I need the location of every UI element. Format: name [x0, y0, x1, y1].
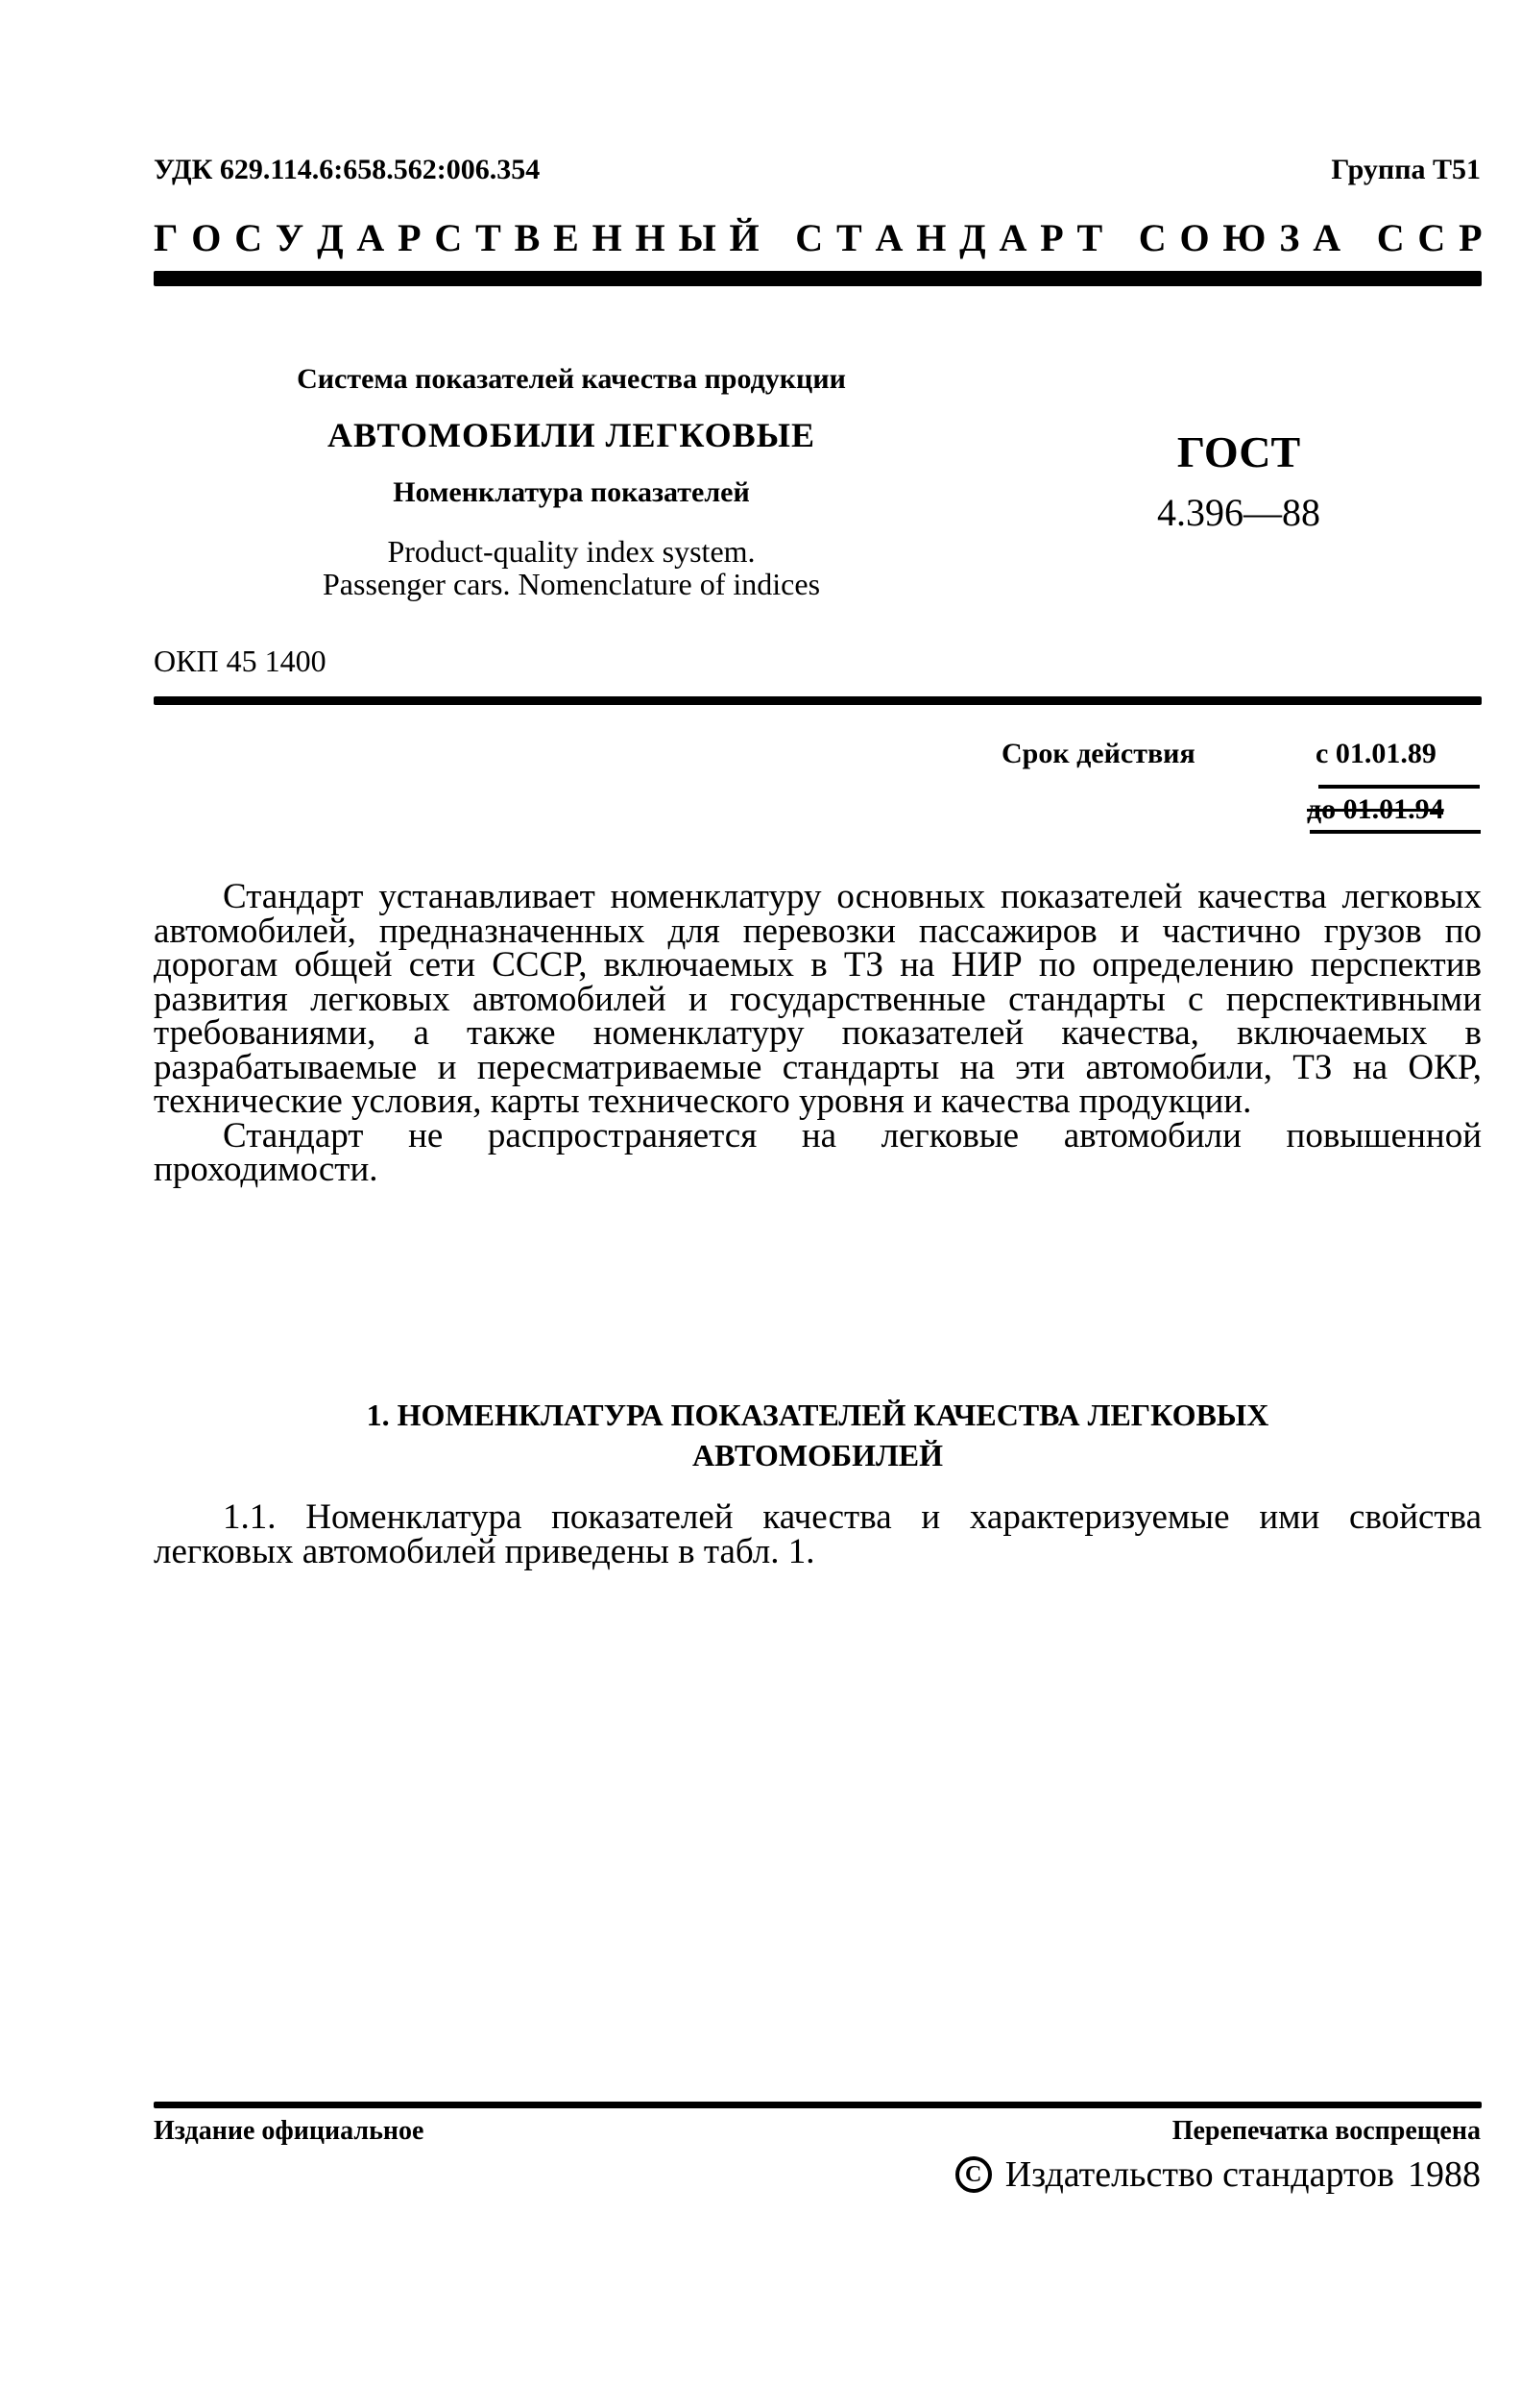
heading-letter: У	[276, 215, 303, 260]
state-standard-heading: ГОСУДАРСТВЕННЫЙ СТАНДАРТ СОЮЗА ССР	[154, 215, 1483, 260]
heading-letter: Ю	[1222, 215, 1266, 260]
publication-year: 1988	[1408, 2153, 1481, 2196]
gost-number: 4.396—88	[1123, 490, 1354, 535]
heading-letter: Д	[959, 215, 986, 260]
scope-paragraph: Стандарт устанавливает номенклатуру осно…	[154, 880, 1482, 1119]
heading-letter: С	[1417, 215, 1445, 260]
heading-letter: С	[1377, 215, 1405, 260]
heading-letter: О	[191, 215, 221, 260]
english-title-line2: Passenger cars. Nomenclature of indices	[154, 567, 989, 602]
validity-from-underline	[1318, 785, 1480, 789]
english-title-line1: Product-quality index system.	[154, 534, 989, 570]
udk-code: УДК 629.114.6:658.562:006.354	[154, 154, 540, 186]
heading-letter: А	[1313, 215, 1340, 260]
heading-letter	[1116, 215, 1125, 260]
heading-letter: Т	[1076, 215, 1102, 260]
heading-letter: С	[234, 215, 262, 260]
heading-letter	[772, 215, 782, 260]
validity-to-underline	[1310, 830, 1481, 834]
document-subtitle: Номенклатура показателей	[154, 476, 989, 509]
heading-letter: Р	[1459, 215, 1482, 260]
heading-letter: А	[356, 215, 384, 260]
heading-letter: Т	[475, 215, 501, 260]
heading-letter: Н	[916, 215, 946, 260]
okp-code: ОКП 45 1400	[154, 644, 326, 679]
title-block-rule	[154, 696, 1482, 705]
official-edition-label: Издание официальное	[154, 2116, 423, 2147]
validity-label: Срок действия	[1002, 738, 1195, 770]
product-title: АВТОМОБИЛИ ЛЕГКОВЫЕ	[154, 415, 989, 455]
reprint-prohibited-label: Перепечатка воспрещена	[1172, 2116, 1481, 2147]
copyright-line: C Издательство стандартов 1988	[955, 2153, 1481, 2196]
heading-letter: Е	[553, 215, 579, 260]
heading-letter: Н	[592, 215, 622, 260]
heading-letter: Р	[1040, 215, 1063, 260]
heading-letter: Д	[317, 215, 344, 260]
heading-letter: С	[1139, 215, 1167, 260]
exclusion-paragraph: Стандарт не распространяется на легковые…	[154, 1119, 1482, 1187]
validity-from: с 01.01.89	[1316, 738, 1436, 770]
heading-letter: С	[434, 215, 462, 260]
heading-letter: Р	[398, 215, 421, 260]
copyright-icon: C	[955, 2156, 992, 2193]
heading-letter: Ы	[678, 215, 715, 260]
header-rule	[154, 271, 1482, 286]
heading-letter: О	[1179, 215, 1209, 260]
heading-letter: Н	[636, 215, 665, 260]
scope-text: Стандарт устанавливает номенклатуру осно…	[154, 880, 1482, 1187]
heading-letter: Й	[730, 215, 760, 260]
section-1-heading-line2: АВТОМОБИЛЕЙ	[154, 1435, 1482, 1475]
gost-label: ГОСТ	[1123, 426, 1354, 477]
group-code: Группа Т51	[1331, 154, 1481, 186]
section-1-heading: 1. НОМЕНКЛАТУРА ПОКАЗАТЕЛЕЙ КАЧЕСТВА ЛЕГ…	[154, 1395, 1482, 1475]
heading-letter: А	[876, 215, 904, 260]
heading-letter: А	[999, 215, 1026, 260]
heading-letter	[1354, 215, 1364, 260]
system-title: Система показателей качества продукции	[154, 363, 989, 396]
heading-letter: Т	[836, 215, 862, 260]
heading-letter: С	[795, 215, 823, 260]
heading-letter: В	[515, 215, 541, 260]
heading-letter: Г	[154, 215, 178, 260]
validity-to-struck: до 01.01.94	[1307, 793, 1444, 826]
heading-letter: З	[1279, 215, 1299, 260]
footer-rule	[154, 2102, 1482, 2108]
clause-1-1: 1.1. Номенклатура показателей качества и…	[154, 1500, 1482, 1569]
section-1-heading-line1: 1. НОМЕНКЛАТУРА ПОКАЗАТЕЛЕЙ КАЧЕСТВА ЛЕГ…	[154, 1395, 1482, 1435]
clause-1-1-text: 1.1. Номенклатура показателей качества и…	[154, 1500, 1482, 1569]
publisher-name: Издательство стандартов	[1005, 2153, 1394, 2196]
